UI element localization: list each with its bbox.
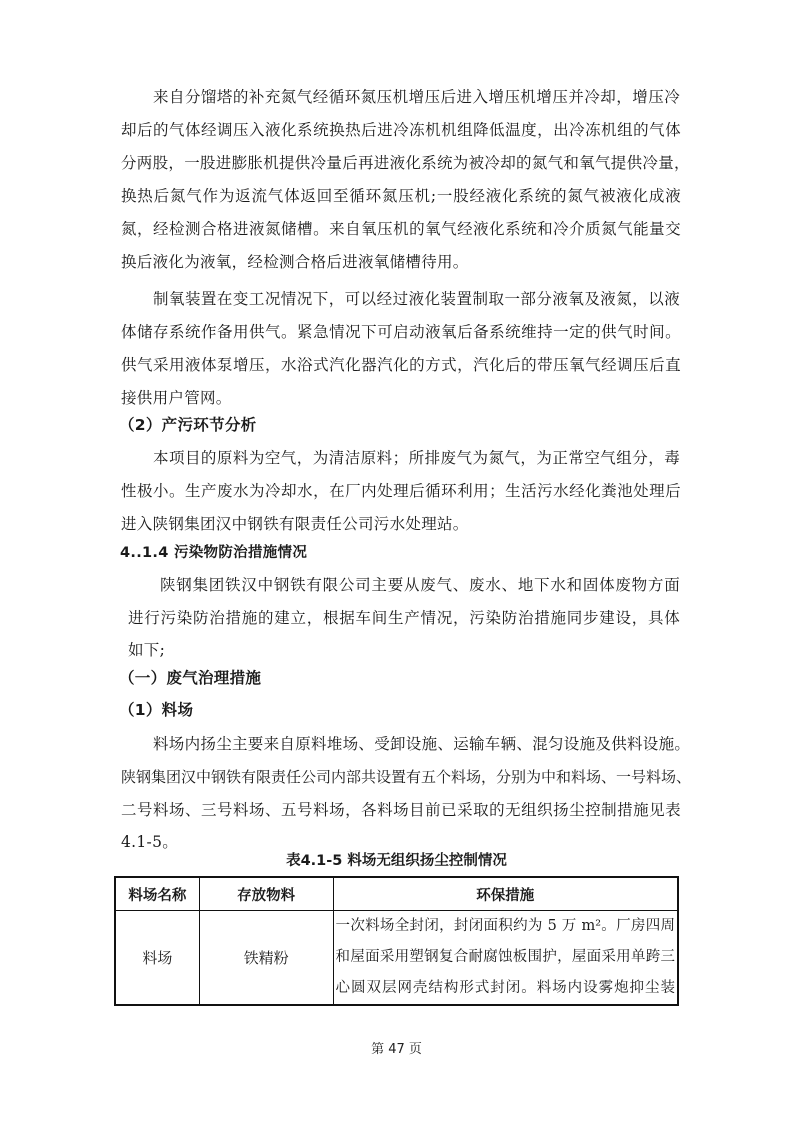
paragraph-line: 却后的气体经调压入液化系统换热后进冷冻机机组降低温度，出冷冻机组的气体 <box>121 120 681 140</box>
paragraph-line: 体储存系统作备用供气。紧急情况下可启动液氧后备系统维持一定的供气时间。 <box>121 322 681 342</box>
table-caption: 表4.1-5 料场无组织扬尘控制情况 <box>0 849 793 870</box>
table-header-row: 料场名称 存放物料 环保措施 <box>115 877 678 911</box>
paragraph-line: 进入陕钢集团汉中钢铁有限责任公司污水处理站。 <box>121 514 681 534</box>
column-header-stored-material: 存放物料 <box>199 877 333 911</box>
paragraph-line: 供气采用液体泵增压，水浴式汽化器汽化的方式，汽化后的带压氧气经调压后直 <box>121 355 681 375</box>
paragraph-line: 分两股，一股进膨胀机提供冷量后再进液化系统为被冷却的氮气和氧气提供冷量， <box>121 153 681 173</box>
paragraph-line: 本项目的原料为空气，为清洁原料；所排废气为氮气，为正常空气组分，毒 <box>153 448 680 468</box>
paragraph-line: 性极小。生产废水为冷却水，在厂内处理后循环利用；生活污水经化粪池处理后 <box>121 481 681 501</box>
column-header-stockyard-name: 料场名称 <box>115 877 199 911</box>
measure-line: 心圆双层网壳结构形式封闭。料场内设雾炮抑尘装 <box>336 973 675 1004</box>
subheading-pollution-analysis: （2）产污环节分析 <box>119 415 679 435</box>
paragraph-line: 如下; <box>128 640 688 660</box>
table-row: 料场 铁精粉 一次料场全封闭，封闭面积约为 5 万 m²。厂房四周 和屋面采用塑… <box>115 911 678 1006</box>
paragraph-line: 进行污染防治措施的建立，根据车间生产情况，污染防治措施同步建设，具体 <box>128 608 680 628</box>
stockyard-dust-control-table: 料场名称 存放物料 环保措施 料场 铁精粉 一次料场全封闭，封闭面积约为 5 万… <box>114 876 679 1006</box>
document-page: 来自分馏塔的补充氮气经循环氮压机增压后进入增压机增压并冷却，增压冷 却后的气体经… <box>0 0 793 1122</box>
heading-stockyard: （1）料场 <box>119 700 679 720</box>
paragraph-line: 陕钢集团汉中钢铁有限责任公司内部共设置有五个料场，分别为中和料场、一号料场、 <box>121 767 681 787</box>
paragraph-line: 来自分馏塔的补充氮气经循环氮压机增压后进入增压机增压并冷却，增压冷 <box>153 87 680 107</box>
heading-waste-gas-measures: （一）废气治理措施 <box>119 668 679 688</box>
section-heading: 4..1.4 污染物防治措施情况 <box>120 543 680 563</box>
paragraph-line: 二号料场、三号料场、五号料场，各料场目前已采取的无组织扬尘控制措施见表 <box>121 800 681 820</box>
paragraph-line: 料场内扬尘主要来自原料堆场、受卸设施、运输车辆、混匀设施及供料设施。 <box>153 734 680 754</box>
paragraph-line: 氮，经检测合格进液氮储槽。来自氧压机的氧气经液化系统和冷介质氮气能量交 <box>121 219 681 239</box>
paragraph-line: 接供用户管网。 <box>121 388 681 408</box>
measure-line: 一次料场全封闭，封闭面积约为 5 万 m²。厂房四周 <box>336 911 675 942</box>
paragraph-line: 陕钢集团铁汉中钢铁有限公司主要从废气、废水、地下水和固体废物方面 <box>160 575 680 595</box>
cell-stockyard-name: 料场 <box>115 911 199 1006</box>
column-header-environmental-measures: 环保措施 <box>333 877 678 911</box>
paragraph-line: 换热后氮气作为返流气体返回至循环氮压机;一股经液化系统的氮气被液化成液 <box>121 186 681 206</box>
cell-stored-material: 铁精粉 <box>199 911 333 1006</box>
page-number-footer: 第 47 页 <box>0 1038 793 1057</box>
paragraph-line: 制氧装置在变工况情况下，可以经过液化装置制取一部分液氧及液氮，以液 <box>153 289 680 309</box>
paragraph-line: 换后液化为液氧，经检测合格后进液氧储槽待用。 <box>121 252 681 272</box>
cell-environmental-measures: 一次料场全封闭，封闭面积约为 5 万 m²。厂房四周 和屋面采用塑钢复合耐腐蚀板… <box>333 911 678 1006</box>
measure-line: 和屋面采用塑钢复合耐腐蚀板围护，屋面采用单跨三 <box>336 942 675 973</box>
